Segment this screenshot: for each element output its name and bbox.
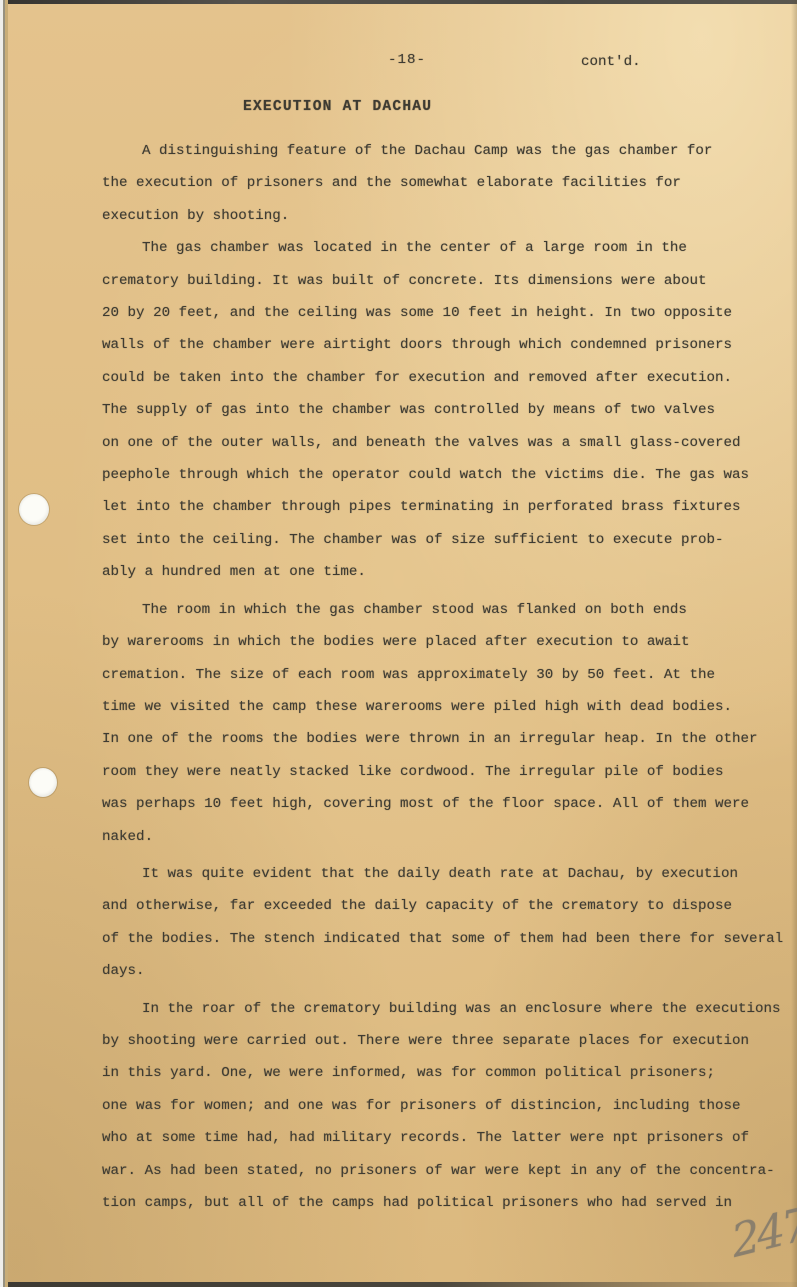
section-title: EXECUTION AT DACHAU: [243, 99, 432, 115]
document-line: In one of the rooms the bodies were thro…: [102, 723, 794, 755]
document-line: The gas chamber was located in the cente…: [102, 232, 794, 264]
document-line: time we visited the camp these warerooms…: [102, 691, 794, 723]
document-line: the execution of prisoners and the somew…: [102, 167, 794, 199]
page-number: -18-: [388, 52, 426, 68]
document-line: The room in which the gas chamber stood …: [102, 594, 794, 626]
document-line: who at some time had, had military recor…: [102, 1122, 794, 1154]
document-line: on one of the outer walls, and beneath t…: [102, 427, 794, 459]
document-line: In the roar of the crematory building wa…: [102, 993, 794, 1025]
document-line: peephole through which the operator coul…: [102, 459, 794, 491]
continued-label: cont'd.: [581, 54, 641, 70]
document-line: set into the ceiling. The chamber was of…: [102, 524, 794, 556]
document-line: by warerooms in which the bodies were pl…: [102, 626, 794, 658]
document-line: let into the chamber through pipes termi…: [102, 491, 794, 523]
scanner-edge-top: [0, 0, 797, 4]
document-line: 20 by 20 feet, and the ceiling was some …: [102, 297, 794, 329]
document-line: cremation. The size of each room was app…: [102, 659, 794, 691]
document-line: by shooting were carried out. There were…: [102, 1025, 794, 1057]
scanner-edge-left: [0, 0, 8, 1287]
document-line: and otherwise, far exceeded the daily ca…: [102, 890, 794, 922]
document-line: It was quite evident that the daily deat…: [102, 858, 794, 890]
document-line: war. As had been stated, no prisoners of…: [102, 1155, 794, 1187]
document-line: The supply of gas into the chamber was c…: [102, 394, 794, 426]
document-line: one was for women; and one was for priso…: [102, 1090, 794, 1122]
hole-punch-bottom: [29, 768, 57, 797]
document-line: ably a hundred men at one time.: [102, 556, 794, 588]
scanned-page: -18- cont'd. EXECUTION AT DACHAU A disti…: [0, 0, 797, 1287]
document-line: naked.: [102, 821, 794, 853]
scanner-edge-bottom: [0, 1282, 797, 1287]
document-body: A distinguishing feature of the Dachau C…: [102, 135, 794, 1219]
document-line: A distinguishing feature of the Dachau C…: [102, 135, 794, 167]
hole-punch-top: [19, 494, 49, 525]
document-line: execution by shooting.: [102, 200, 794, 232]
document-line: days.: [102, 955, 794, 987]
document-line: tion camps, but all of the camps had pol…: [102, 1187, 794, 1219]
document-line: in this yard. One, we were informed, was…: [102, 1057, 794, 1089]
document-line: crematory building. It was built of conc…: [102, 265, 794, 297]
document-line: walls of the chamber were airtight doors…: [102, 329, 794, 361]
document-line: of the bodies. The stench indicated that…: [102, 923, 794, 955]
document-line: room they were neatly stacked like cordw…: [102, 756, 794, 788]
document-line: was perhaps 10 feet high, covering most …: [102, 788, 794, 820]
document-line: could be taken into the chamber for exec…: [102, 362, 794, 394]
